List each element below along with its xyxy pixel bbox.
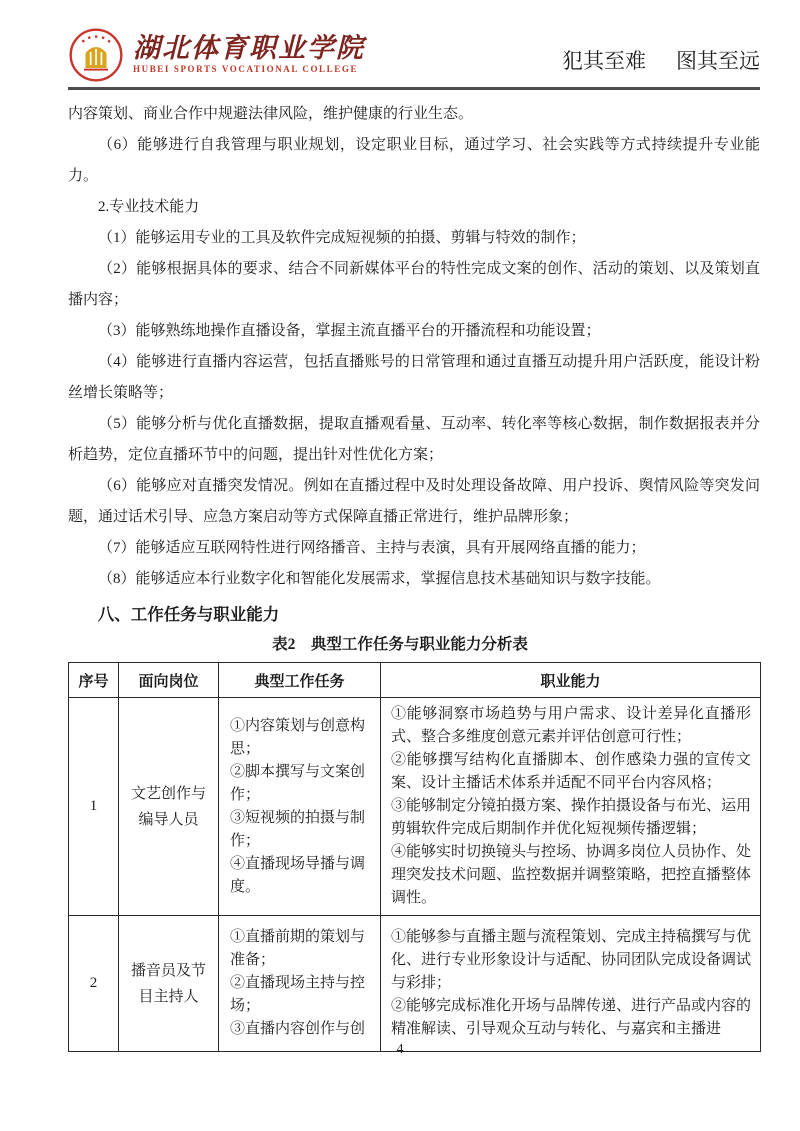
serial-cell: 2 xyxy=(69,916,119,1052)
document-page: 湖北体育职业学院 HUBEI SPORTS VOCATIONAL COLLEGE… xyxy=(0,0,800,1131)
cell-line: ①能够参与直播主题与流程策划、完成主持稿撰写与优化、进行专业形象设计与适配、协同… xyxy=(391,926,751,995)
college-name-block: 湖北体育职业学院 HUBEI SPORTS VOCATIONAL COLLEGE xyxy=(133,34,365,77)
body-paragraph: 2.专业技术能力 xyxy=(68,192,760,223)
body-paragraph: （6）能够应对直播突发情况。例如在直播过程中及时处理设备故障、用户投诉、舆情风险… xyxy=(68,471,760,533)
body-paragraph: 内容策划、商业合作中规避法律风险，维护健康的行业生态。 xyxy=(68,99,760,130)
table-row: 2 播音员及节目主持人 ①直播前期的策划与准备；②直播现场主持与控场；③直播内容… xyxy=(69,916,761,1052)
analysis-table: 序号 面向岗位 典型工作任务 职业能力 1 文艺创作与编导人员 ①内容策划与创意… xyxy=(68,662,761,1052)
college-seal-icon xyxy=(68,27,124,83)
motto-right: 图其至远 xyxy=(676,49,760,73)
section-heading: 八、工作任务与职业能力 xyxy=(68,602,760,628)
table-title: 表2 典型工作任务与职业能力分析表 xyxy=(0,633,800,657)
body-paragraph: （1）能够运用专业的工具及软件完成短视频的拍摄、剪辑与特效的制作； xyxy=(68,223,760,254)
cell-line: ②脚本撰写与文案创作； xyxy=(230,761,372,807)
body-paragraph: （8）能够适应本行业数字化和智能化发展需求，掌握信息技术基础知识与数字技能。 xyxy=(68,564,760,595)
cell-line: ③短视频的拍摄与制作； xyxy=(230,807,372,853)
position-cell: 文艺创作与编导人员 xyxy=(119,698,219,916)
cell-line: ①直播前期的策划与准备； xyxy=(230,926,372,972)
cell-line: ④能够实时切换镜头与控场、协调多岗位人员协作、处理突发技术问题、监控数据并调整策… xyxy=(391,841,751,910)
tasks-cell: ①内容策划与创意构思；②脚本撰写与文案创作；③短视频的拍摄与制作；④直播现场导播… xyxy=(219,698,381,916)
college-name-en: HUBEI SPORTS VOCATIONAL COLLEGE xyxy=(133,64,365,75)
table-row: 1 文艺创作与编导人员 ①内容策划与创意构思；②脚本撰写与文案创作；③短视频的拍… xyxy=(69,698,761,916)
page-number: 4 xyxy=(0,1042,800,1058)
header-motto: 犯其至难图其至远 xyxy=(562,45,760,83)
column-header-no: 序号 xyxy=(69,663,119,698)
body-text: 内容策划、商业合作中规避法律风险，维护健康的行业生态。 （6）能够进行自我管理与… xyxy=(68,99,760,595)
column-header-tasks: 典型工作任务 xyxy=(219,663,381,698)
cell-line: ③直播内容创作与创 xyxy=(230,1018,372,1041)
cell-line: ④直播现场导播与调度。 xyxy=(230,853,372,899)
college-name: 湖北体育职业学院 xyxy=(133,34,365,64)
cell-line: ①能够洞察市场趋势与用户需求、设计差异化直播形式、整合多维度创意元素并评估创意可… xyxy=(391,703,751,749)
column-header-abilities: 职业能力 xyxy=(381,663,761,698)
body-paragraph: （2）能够根据具体的要求、结合不同新媒体平台的特性完成文案的创作、活动的策划、以… xyxy=(68,254,760,316)
cell-line: ②能够撰写结构化直播脚本、创作感染力强的宣传文案、设计主播话术体系并适配不同平台… xyxy=(391,749,751,795)
column-header-position: 面向岗位 xyxy=(119,663,219,698)
body-paragraph: （5）能够分析与优化直播数据，提取直播观看量、互动率、转化率等核心数据，制作数据… xyxy=(68,409,760,471)
abilities-cell: ①能够洞察市场趋势与用户需求、设计差异化直播形式、整合多维度创意元素并评估创意可… xyxy=(381,698,761,916)
cell-line: ②直播现场主持与控场； xyxy=(230,972,372,1018)
cell-line: ③能够制定分镜拍摄方案、操作拍摄设备与布光、运用剪辑软件完成后期制作并优化短视频… xyxy=(391,795,751,841)
table-header-row: 序号 面向岗位 典型工作任务 职业能力 xyxy=(69,663,761,698)
tasks-cell: ①直播前期的策划与准备；②直播现场主持与控场；③直播内容创作与创 xyxy=(219,916,381,1052)
serial-cell: 1 xyxy=(69,698,119,916)
cell-line: ②能够完成标准化开场与品牌传递、进行产品或内容的精准解读、引导观众互动与转化、与… xyxy=(391,995,751,1041)
college-logo: 湖北体育职业学院 HUBEI SPORTS VOCATIONAL COLLEGE xyxy=(68,27,365,83)
abilities-cell: ①能够参与直播主题与流程策划、完成主持稿撰写与优化、进行专业形象设计与适配、协同… xyxy=(381,916,761,1052)
cell-line: ①内容策划与创意构思； xyxy=(230,715,372,761)
body-paragraph: （3）能够熟练地操作直播设备，掌握主流直播平台的开播流程和功能设置； xyxy=(68,316,760,347)
page-header: 湖北体育职业学院 HUBEI SPORTS VOCATIONAL COLLEGE… xyxy=(68,25,760,83)
header-rule xyxy=(68,87,760,90)
body-paragraph: （6）能够进行自我管理与职业规划，设定职业目标，通过学习、社会实践等方式持续提升… xyxy=(68,130,760,192)
position-cell: 播音员及节目主持人 xyxy=(119,916,219,1052)
motto-left: 犯其至难 xyxy=(562,49,646,73)
body-paragraph: （7）能够适应互联网特性进行网络播音、主持与表演，具有开展网络直播的能力； xyxy=(68,533,760,564)
body-paragraph: （4）能够进行直播内容运营，包括直播账号的日常管理和通过直播互动提升用户活跃度，… xyxy=(68,347,760,409)
